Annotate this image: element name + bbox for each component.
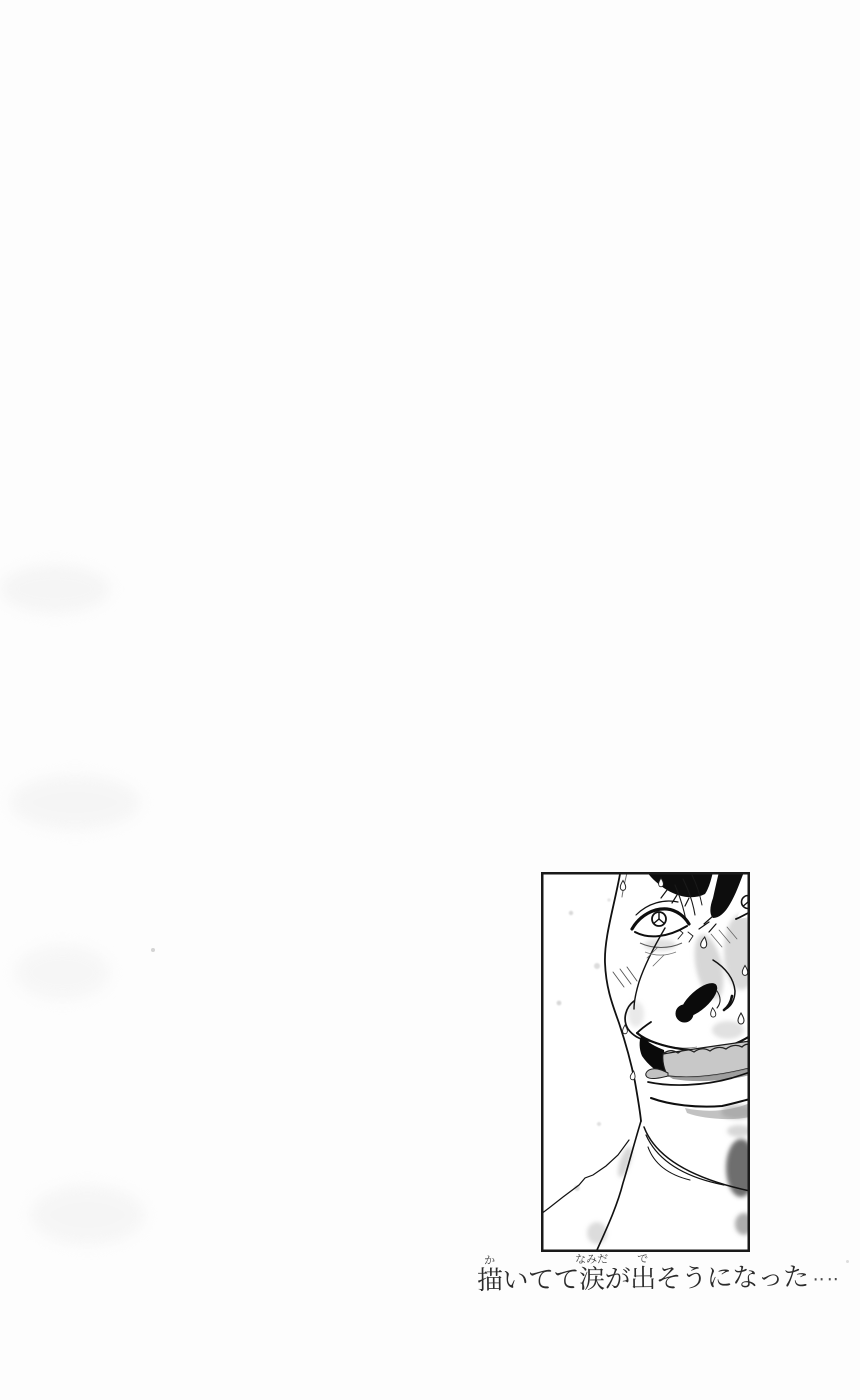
handwritten-caption: 描かいてて涙なみだが出でそうになった‥‥ bbox=[477, 1250, 860, 1297]
caption-seg: 描 bbox=[477, 1266, 503, 1296]
caption-ruby-group: 描か bbox=[477, 1266, 503, 1296]
furigana-namida: なみだ bbox=[575, 1253, 608, 1266]
manga-panel bbox=[541, 872, 750, 1252]
caption-seg: そうになった bbox=[655, 1263, 808, 1295]
manga-page: 描かいてて涙なみだが出でそうになった‥‥ bbox=[0, 0, 860, 1400]
scan-smudge bbox=[0, 565, 110, 613]
scan-smudge bbox=[10, 775, 140, 830]
manga-panel-art bbox=[541, 872, 750, 1252]
furigana-de: で bbox=[630, 1252, 656, 1265]
scan-speck bbox=[151, 948, 155, 952]
scan-smudge bbox=[30, 1185, 145, 1245]
caption-seg: が bbox=[604, 1264, 630, 1294]
caption-ruby-group: 涙なみだ bbox=[579, 1265, 605, 1295]
scan-smudge bbox=[15, 945, 110, 1000]
caption-seg: いてて bbox=[502, 1265, 579, 1296]
furigana-ka: か bbox=[477, 1254, 503, 1267]
caption-trailing-dots: ‥‥ bbox=[813, 1264, 841, 1285]
caption-ruby-group: 出で bbox=[630, 1264, 656, 1294]
caption-seg: 出 bbox=[630, 1264, 656, 1294]
